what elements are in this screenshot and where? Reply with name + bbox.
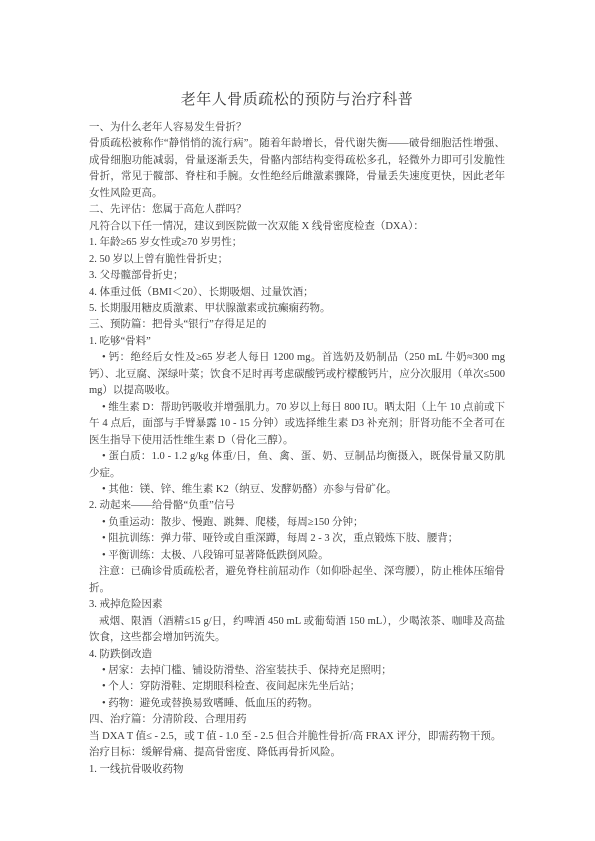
paragraph: 二、先评估：您属于高危人群吗？	[89, 202, 505, 218]
paragraph: • 平衡训练：太极、八段锦可显著降低跌倒风险。	[89, 548, 505, 564]
paragraph: 骨质疏松被称作“静悄悄的流行病”。随着年龄增长，骨代谢失衡——破骨细胞活性增强、…	[89, 136, 505, 202]
paragraph: 1. 年龄≥65 岁女性或≥70 岁男性；	[89, 235, 505, 251]
paragraph: 三、预防篇：把骨头“银行”存得足足的	[89, 317, 505, 333]
paragraph: 4. 防跌倒改造	[89, 647, 505, 663]
paragraph: 4. 体重过低（BMI＜20）、长期吸烟、过量饮酒；	[89, 285, 505, 301]
paragraph: 戒烟、限酒（酒精≤15 g/日，约啤酒 450 mL 或葡萄酒 150 mL），…	[89, 614, 505, 647]
document-page: 老年人骨质疏松的预防与治疗科普 一、为什么老年人容易发生骨折？骨质疏松被称作“静…	[0, 0, 595, 841]
paragraph: 1. 吃够“骨料”	[89, 334, 505, 350]
paragraph: • 钙：绝经后女性及≥65 岁老人每日 1200 mg。首选奶及奶制品（250 …	[89, 350, 505, 399]
paragraph: 四、治疗篇：分清阶段、合理用药	[89, 712, 505, 728]
paragraph: 3. 父母髋部骨折史；	[89, 268, 505, 284]
paragraph: 2. 动起来——给骨骼“负重”信号	[89, 498, 505, 514]
paragraph: 当 DXA T 值≤ - 2.5，或 T 值 - 1.0 至 - 2.5 但合并…	[89, 729, 505, 745]
paragraph: 注意：已确诊骨质疏松者，避免脊柱前屈动作（如仰卧起坐、深弯腰），防止椎体压缩骨折…	[89, 564, 505, 597]
paragraph: 治疗目标：缓解骨痛、提高骨密度、降低再骨折风险。	[89, 745, 505, 761]
paragraph: 1. 一线抗骨吸收药物	[89, 762, 505, 778]
paragraph: • 居家：去掉门槛、铺设防滑垫、浴室装扶手、保持充足照明；	[89, 663, 505, 679]
paragraph: 一、为什么老年人容易发生骨折？	[89, 120, 505, 136]
paragraph: 3. 戒掉危险因素	[89, 597, 505, 613]
paragraph: 2. 50 岁以上曾有脆性骨折史；	[89, 252, 505, 268]
paragraph: 5. 长期服用糖皮质激素、甲状腺激素或抗癫痫药物。	[89, 301, 505, 317]
paragraph: • 药物：避免或替换易致嗜睡、低血压的药物。	[89, 696, 505, 712]
document-body: 一、为什么老年人容易发生骨折？骨质疏松被称作“静悄悄的流行病”。随着年龄增长，骨…	[89, 120, 505, 778]
paragraph: • 其他：镁、锌、维生素 K2（纳豆、发酵奶酪）亦参与骨矿化。	[89, 482, 505, 498]
paragraph: • 维生素 D：帮助钙吸收并增强肌力。70 岁以上每日 800 IU。晒太阳（上…	[89, 400, 505, 449]
paragraph: • 蛋白质：1.0 - 1.2 g/kg 体重/日，鱼、禽、蛋、奶、豆制品均衡摄…	[89, 449, 505, 482]
paragraph: • 个人：穿防滑鞋、定期眼科检查、夜间起床先坐后站；	[89, 679, 505, 695]
document-title: 老年人骨质疏松的预防与治疗科普	[89, 90, 505, 111]
paragraph: • 阻抗训练：弹力带、哑铃或自重深蹲，每周 2 - 3 次，重点锻炼下肢、腰背；	[89, 531, 505, 547]
paragraph: 凡符合以下任一情况，建议到医院做一次双能 X 线骨密度检查（DXA）：	[89, 219, 505, 235]
paragraph: • 负重运动：散步、慢跑、跳舞、爬楼，每周≥150 分钟；	[89, 515, 505, 531]
